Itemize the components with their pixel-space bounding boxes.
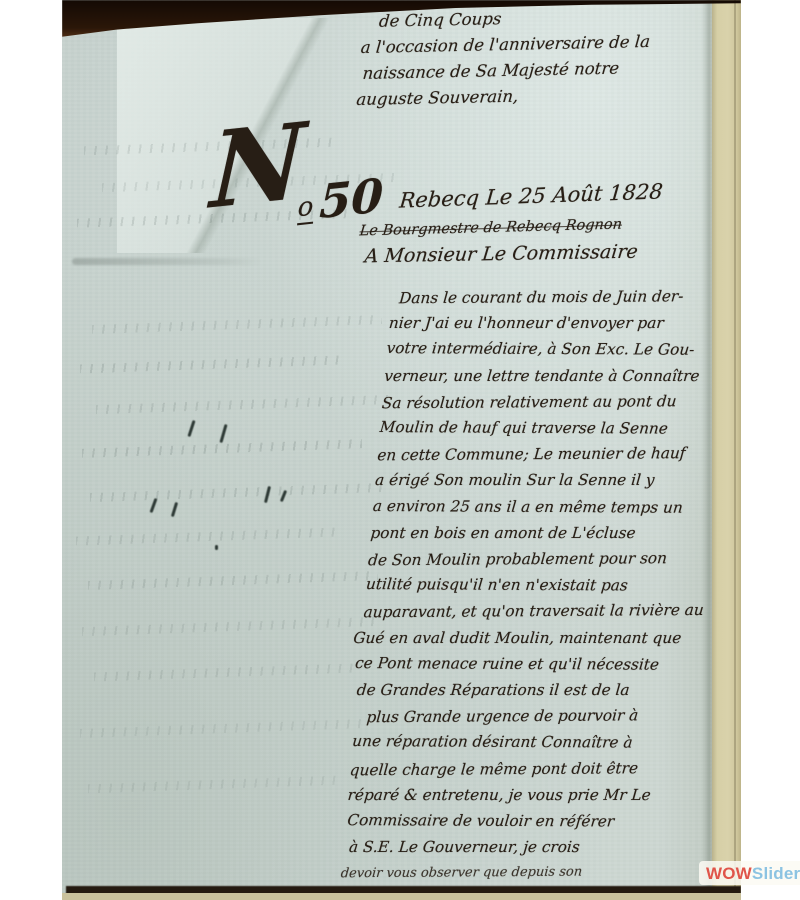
page-stack-edge [712, 0, 741, 900]
handwriting-line: devoir vous observer que depuis son [340, 859, 702, 888]
bleed-mark [88, 571, 378, 590]
handwriting-line: a environ 25 ans il a en même temps un [372, 493, 734, 521]
handwriting-line: réparé & entretenu, je vous prie Mr Le [347, 782, 709, 808]
handwriting-line: de Son Moulin probablement pour son [367, 545, 729, 574]
handwriting-line: Gué en aval dudit Moulin, maintenant que [352, 625, 722, 651]
bleed-mark [219, 424, 227, 443]
bleed-mark [171, 502, 178, 517]
bleed-mark [187, 420, 195, 437]
document-number-initial: N [209, 99, 308, 233]
document-number: No50 [208, 102, 386, 240]
bleed-mark [150, 498, 158, 513]
bleed-mark [215, 545, 218, 550]
bleed-mark [76, 527, 341, 545]
bleed-mark [88, 776, 338, 794]
handwriting-line: de Grandes Réparations il est de la [356, 677, 718, 703]
bleed-mark [96, 395, 396, 414]
manuscript-photo: de Cinq Coupsa l'occasion de l'anniversa… [62, 0, 741, 900]
handwriting-line: auparavant, et qu'on traversait la riviè… [363, 597, 725, 626]
document-number-ordinal: o [297, 191, 314, 225]
wowslider-watermark-slider: Slider [752, 864, 800, 884]
handwriting-line: a érigé Son moulin Sur la Senne il y [374, 467, 736, 493]
bleed-mark [92, 315, 382, 334]
handwriting-line: Commissaire de vouloir en référer [346, 807, 706, 835]
handwriting-line: pont en bois en amont de L'écluse [369, 520, 731, 546]
bleed-mark [90, 483, 385, 502]
bleed-mark [80, 719, 365, 738]
previous-letter-fragment: de Cinq Coupsa l'occasion de l'anniversa… [355, 3, 653, 113]
handwriting-line: à S.E. Le Gouverneur, je crois [348, 834, 704, 860]
handwriting-line: ce Pont menace ruine et qu'il nécessite [354, 650, 720, 678]
document-number-value: 50 [318, 168, 384, 229]
bleed-mark [94, 663, 354, 681]
handwriting-line: Sa résolution relativement au pont du [381, 388, 741, 417]
handwriting-line: verneur, une lettre tendante à Connaître [383, 363, 741, 389]
handwriting-line: utilité puisqu'il n'en n'existait pas [365, 571, 727, 599]
handwriting-line: Dans le courant du mois de Juin der- [398, 283, 741, 312]
wowslider-watermark-wow: WOW [706, 864, 752, 884]
wowslider-watermark[interactable]: WOWSlider [699, 861, 800, 885]
handwriting-line: une réparation désirant Connaître à [351, 729, 713, 757]
handwriting-line: nier J'ai eu l'honneur d'envoyer par [388, 310, 741, 336]
handwriting-line: quelle charge le même pont doit être [349, 754, 711, 783]
handwriting-line: en cette Commune; Le meunier de hauf [376, 440, 738, 469]
book-bottom-stack [62, 893, 741, 900]
slideshow-frame: de Cinq Coupsa l'occasion de l'anniversa… [0, 0, 800, 900]
bleed-mark [82, 617, 382, 636]
page-stack-edge-line [734, 0, 736, 900]
pencil-smudge [72, 258, 262, 265]
handwriting-line: Moulin de hauf qui traverse la Senne [379, 414, 741, 442]
bleed-mark [80, 355, 340, 373]
handwriting-line: votre intermédiaire, à Son Exc. Le Gou- [386, 335, 741, 363]
letter-body: Dans le courant du mois de Juin der-nier… [340, 284, 741, 887]
handwriting-line: plus Grande urgence de pourvoir à [365, 702, 715, 731]
